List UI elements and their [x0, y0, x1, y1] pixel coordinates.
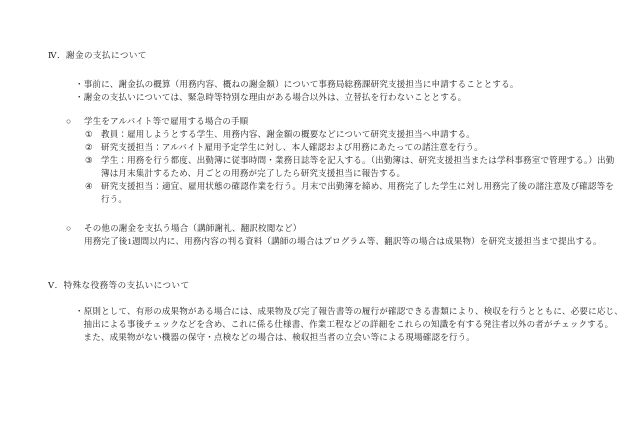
bullet-line: ・謝金の支払いについては、緊急時等特別な理由がある場合以外は、立替払を行わないこ…	[75, 91, 623, 104]
section-v-body: ・原則として、有形の成果物がある場合には、成果物及び完了報告書等の履行が確認でき…	[75, 305, 623, 344]
document-page: Ⅳ．謝金の支払について ・事前に、謝金払の概算（用務内容、概ねの謝金額）について…	[0, 0, 630, 439]
step-number: ①	[85, 128, 101, 141]
step-text: 教員：雇用しようとする学生、用務内容、謝金額の概要などについて研究支援担当へ申請…	[101, 128, 618, 141]
step-number: ④	[85, 180, 101, 206]
paragraph: また、成果物がない機器の保守・点検などの場合は、検収担当者の立会い等による現場確…	[75, 331, 623, 344]
group1-title-row: ○ 学生をアルバイト等で雇用する場合の手順	[66, 115, 622, 128]
step-text: 研究支援担当：アルバイト雇用予定学生に対し、本人確認および用務にあたっての諸注意…	[101, 141, 618, 154]
paragraph: ・原則として、有形の成果物がある場合には、成果物及び完了報告書等の履行が確認でき…	[75, 305, 623, 331]
step-text: 学生：用務を行う都度、出勤簿に従事時間・業務日誌等を記入する。（出勤簿は、研究支…	[101, 154, 618, 180]
section-iv-heading: Ⅳ．謝金の支払について	[48, 49, 147, 62]
step-item: ① 教員：雇用しようとする学生、用務内容、謝金額の概要などについて研究支援担当へ…	[85, 128, 618, 141]
group2-body: 用務完了後1週間以内に、用務内容の判る資料（講師の場合はプログラム等、翻訳等の場…	[84, 235, 622, 248]
section-v-heading: Ⅴ．特殊な役務等の支払いについて	[48, 279, 189, 292]
step-number: ③	[85, 154, 101, 180]
group2-title-row: ○ その他の謝金を支払う場合（講師謝礼、翻訳校閲など）	[66, 222, 622, 235]
section-iv-bullets: ・事前に、謝金払の概算（用務内容、概ねの謝金額）について事務局総務課研究支援担当…	[75, 78, 623, 104]
step-item: ④ 研究支援担当：適宜、雇用状態の確認作業を行う。月末で出勤簿を締め、用務完了し…	[85, 180, 618, 206]
circle-marker: ○	[66, 222, 84, 235]
circle-marker: ○	[66, 115, 84, 128]
step-item: ② 研究支援担当：アルバイト雇用予定学生に対し、本人確認および用務にあたっての諸…	[85, 141, 618, 154]
step-item: ③ 学生：用務を行う都度、出勤簿に従事時間・業務日誌等を記入する。（出勤簿は、研…	[85, 154, 618, 180]
step-text: 研究支援担当：適宜、雇用状態の確認作業を行う。月末で出勤簿を締め、用務完了した学…	[101, 180, 618, 206]
group1-steps: ① 教員：雇用しようとする学生、用務内容、謝金額の概要などについて研究支援担当へ…	[85, 128, 618, 206]
step-number: ②	[85, 141, 101, 154]
bullet-line: ・事前に、謝金払の概算（用務内容、概ねの謝金額）について事務局総務課研究支援担当…	[75, 78, 623, 91]
group2-title: その他の謝金を支払う場合（講師謝礼、翻訳校閲など）	[84, 222, 302, 235]
group1-title: 学生をアルバイト等で雇用する場合の手順	[84, 115, 248, 128]
